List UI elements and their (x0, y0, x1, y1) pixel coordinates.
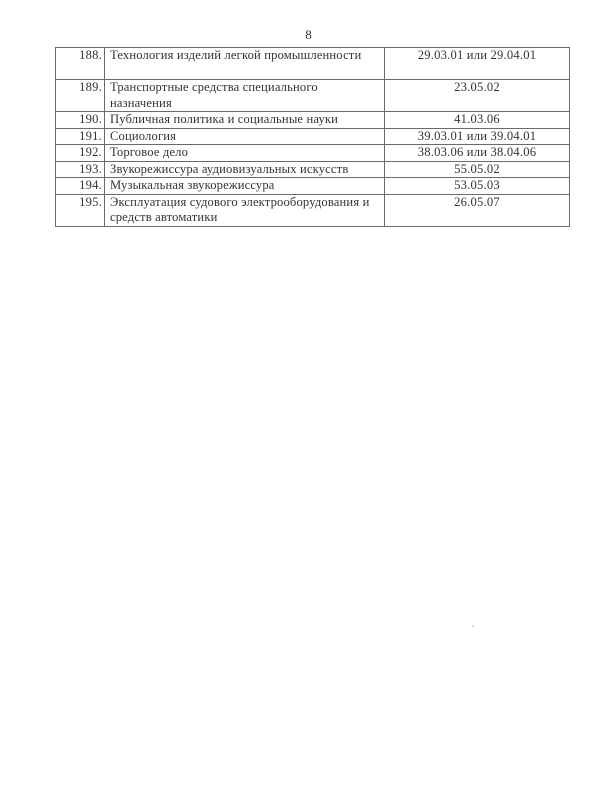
row-number: 195. (56, 194, 105, 226)
specialty-code: 53.05.03 (385, 178, 570, 195)
specialties-table: 188. Технология изделий легкой промышлен… (55, 47, 570, 227)
specialty-name: Торговое дело (105, 145, 385, 162)
specialty-code: 23.05.02 (385, 80, 570, 112)
row-number: 190. (56, 112, 105, 129)
specialty-code: 41.03.06 (385, 112, 570, 129)
row-number: 193. (56, 161, 105, 178)
specialty-name: Публичная политика и социальные науки (105, 112, 385, 129)
page-number: 8 (0, 27, 599, 43)
row-number: 189. (56, 80, 105, 112)
specialty-name: Социология (105, 128, 385, 145)
specialty-name: Музыкальная звукорежиссура (105, 178, 385, 195)
row-number: 191. (56, 128, 105, 145)
table-row: 195. Эксплуатация судового электрооборуд… (56, 194, 570, 226)
specialty-name: Технология изделий легкой промышленности (105, 48, 385, 80)
specialty-name: Эксплуатация судового электрооборудовани… (105, 194, 385, 226)
table-row: 191. Социология 39.03.01 или 39.04.01 (56, 128, 570, 145)
specialty-code: 26.05.07 (385, 194, 570, 226)
scan-artifact (472, 625, 474, 627)
specialty-code: 39.03.01 или 39.04.01 (385, 128, 570, 145)
table-row: 194. Музыкальная звукорежиссура 53.05.03 (56, 178, 570, 195)
table-row: 189. Транспортные средства специального … (56, 80, 570, 112)
row-number: 188. (56, 48, 105, 80)
table-body: 188. Технология изделий легкой промышлен… (56, 48, 570, 227)
specialty-code: 55.05.02 (385, 161, 570, 178)
table-row: 193. Звукорежиссура аудиовизуальных иску… (56, 161, 570, 178)
table-row: 190. Публичная политика и социальные нау… (56, 112, 570, 129)
specialty-code: 29.03.01 или 29.04.01 (385, 48, 570, 80)
table-row: 188. Технология изделий легкой промышлен… (56, 48, 570, 80)
specialty-name: Транспортные средства специального назна… (105, 80, 385, 112)
row-number: 192. (56, 145, 105, 162)
specialty-name: Звукорежиссура аудиовизуальных искусств (105, 161, 385, 178)
specialty-code: 38.03.06 или 38.04.06 (385, 145, 570, 162)
table-row: 192. Торговое дело 38.03.06 или 38.04.06 (56, 145, 570, 162)
row-number: 194. (56, 178, 105, 195)
